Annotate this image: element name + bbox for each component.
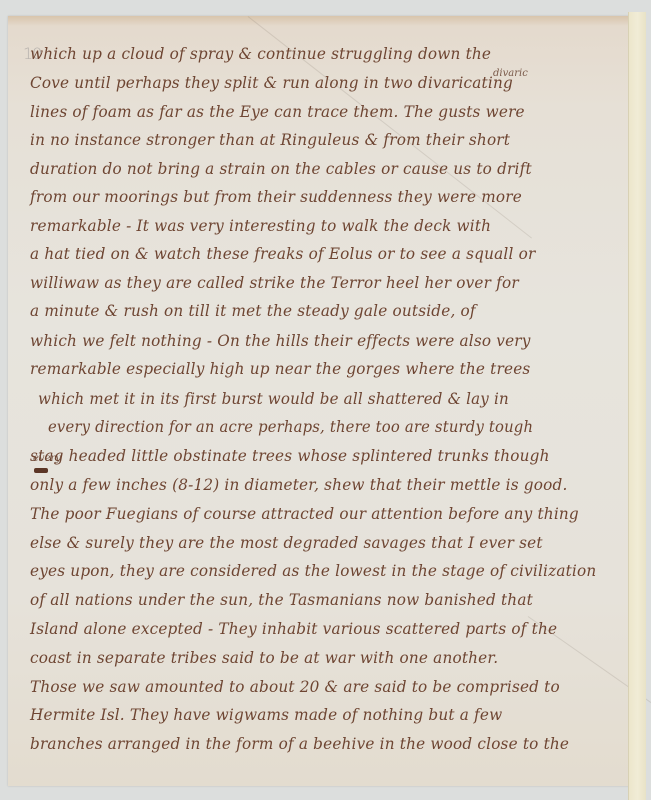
- manuscript-line: which we felt nothing - On the hills the…: [30, 332, 620, 350]
- manuscript-line: The poor Fuegians of course attracted ou…: [30, 505, 620, 523]
- manuscript-line: remarkable - It was very interesting to …: [30, 217, 620, 235]
- manuscript-line: in no instance stronger than at Ringuleu…: [30, 131, 620, 149]
- manuscript-line: coast in separate tribes said to be at w…: [30, 649, 620, 667]
- manuscript-line: which met it in its first burst would be…: [38, 390, 620, 408]
- manuscript-page: 10 divaric every which up a cloud of spr…: [8, 16, 630, 786]
- manuscript-line: every direction for an acre perhaps, the…: [48, 418, 620, 436]
- manuscript-line: Hermite Isl. They have wigwams made of n…: [30, 706, 620, 724]
- manuscript-line: duration do not bring a strain on the ca…: [30, 160, 620, 178]
- manuscript-line: Those we saw amounted to about 20 & are …: [30, 678, 620, 696]
- manuscript-line: a hat tied on & watch these freaks of Eo…: [30, 245, 620, 263]
- manuscript-line: Cove until perhaps they split & run alon…: [30, 74, 620, 92]
- manuscript-line: Island alone excepted - They inhabit var…: [30, 620, 620, 638]
- manuscript-line: lines of foam as far as the Eye can trac…: [30, 103, 620, 121]
- manuscript-line: branches arranged in the form of a beehi…: [30, 735, 620, 753]
- manuscript-line: eyes upon, they are considered as the lo…: [30, 562, 620, 580]
- manuscript-line: which up a cloud of spray & continue str…: [30, 45, 620, 63]
- manuscript-line: from our moorings but from their suddenn…: [30, 188, 620, 206]
- mount-tab: [628, 12, 646, 800]
- manuscript-line: remarkable especially high up near the g…: [30, 360, 620, 378]
- crossed-out-word: [34, 468, 48, 473]
- manuscript-line: williwaw as they are called strike the T…: [30, 274, 620, 292]
- manuscript-line: a minute & rush on till it met the stead…: [30, 302, 620, 320]
- manuscript-line: else & surely they are the most degraded…: [30, 534, 620, 552]
- manuscript-line: only a few inches (8-12) in diameter, sh…: [30, 476, 620, 494]
- manuscript-line: of all nations under the sun, the Tasman…: [30, 591, 620, 609]
- manuscript-line: stag headed little obstinate trees whose…: [30, 447, 620, 465]
